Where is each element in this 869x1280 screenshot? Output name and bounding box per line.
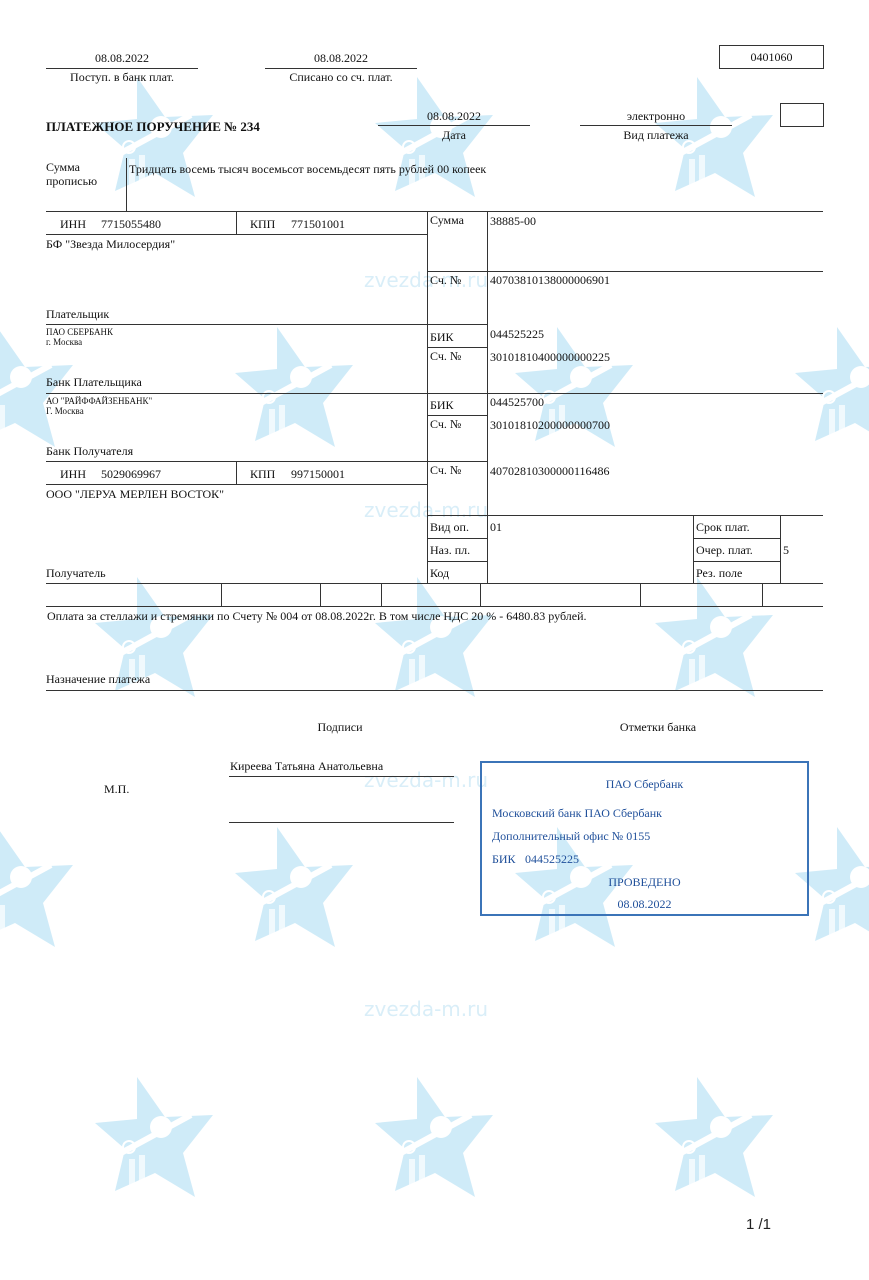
stamp-bank: ПАО Сбербанк: [482, 777, 807, 792]
term-label: Срок плат.: [696, 520, 750, 535]
payer-bank-bik: 044525225: [490, 327, 544, 342]
divider: [580, 125, 732, 126]
debited-date: 08.08.2022: [265, 51, 417, 66]
recipient-account: 40702810300000116486: [490, 464, 610, 479]
amount-words-label-line2: прописью: [46, 174, 97, 188]
signatures-label: Подписи: [280, 720, 400, 735]
payer-role-label: Плательщик: [46, 307, 109, 322]
sum-value: 38885-00: [490, 214, 536, 229]
payer-inn-label: ИНН: [60, 217, 86, 232]
payer-kpp: 771501001: [291, 217, 345, 232]
watermark-text: zvezda-m.ru: [364, 997, 488, 1021]
recipient-bank-name: АО "РАЙФФАЙЗЕНБАНК": [46, 396, 152, 406]
bank-marks-label: Отметки банка: [598, 720, 718, 735]
star-logo-icon: [655, 1075, 775, 1205]
signature-line-1: [229, 776, 454, 777]
divider: [265, 68, 417, 69]
stamp-date: 08.08.2022: [482, 897, 807, 912]
stamp-bik: 044525225: [525, 852, 579, 867]
divider: [236, 461, 237, 484]
tax-field-divider: [640, 583, 641, 606]
form-code-box: 0401060: [719, 45, 824, 69]
divider: [693, 515, 694, 583]
sum-label: Сумма: [430, 213, 464, 228]
payer-kpp-label: КПП: [250, 217, 275, 232]
bank-stamp: ПАО Сбербанк Московский банк ПАО Сбербан…: [480, 761, 809, 916]
payment-type-label: Вид платежа: [580, 128, 732, 143]
code-label: Код: [430, 566, 449, 581]
payer-name: БФ "Звезда Милосердия": [46, 237, 175, 252]
divider: [427, 271, 823, 272]
received-label: Поступ. в банк плат.: [46, 70, 198, 85]
reserve-label: Рез. поле: [696, 566, 742, 581]
op-type-value: 01: [490, 520, 502, 535]
divider: [427, 515, 823, 516]
payer-bank-account-label: Сч. №: [430, 349, 461, 364]
recipient-name: ООО "ЛЕРУА МЕРЛЕН ВОСТОК": [46, 487, 224, 502]
document-date-label: Дата: [378, 128, 530, 143]
payer-inn: 7715055480: [101, 217, 161, 232]
payer-bank-role-label: Банк Плательщика: [46, 375, 142, 390]
page-number: 1 /1: [746, 1216, 771, 1233]
document-date: 08.08.2022: [378, 109, 530, 124]
divider: [46, 461, 487, 462]
signer-name: Киреева Татьяна Анатольевна: [230, 759, 383, 774]
purpose-code-label: Наз. пл.: [430, 543, 470, 558]
tax-field-divider: [320, 583, 321, 606]
recipient-kpp-label: КПП: [250, 467, 275, 482]
star-logo-icon: [95, 1075, 215, 1205]
stamp-status: ПРОВЕДЕНО: [482, 875, 807, 890]
divider: [46, 393, 823, 394]
divider: [46, 484, 427, 485]
divider: [780, 515, 781, 583]
divider: [46, 234, 427, 235]
divider: [46, 324, 487, 325]
tax-field-divider: [221, 583, 222, 606]
recipient-bank-bik-label: БИК: [430, 398, 454, 413]
star-logo-icon: [235, 825, 355, 955]
divider: [378, 125, 530, 126]
recipient-inn: 5029069967: [101, 467, 161, 482]
amount-words-label-line1: Сумма: [46, 160, 97, 174]
stamp-bik-label: БИК: [492, 852, 516, 867]
payer-bank-bik-label: БИК: [430, 330, 454, 345]
priority-value: 5: [783, 543, 789, 558]
divider: [693, 538, 780, 539]
debited-label: Списано со сч. плат.: [265, 70, 417, 85]
star-logo-icon: [375, 575, 495, 705]
payer-bank-city: г. Москва: [46, 337, 82, 347]
recipient-account-label: Сч. №: [430, 463, 461, 478]
payment-purpose-text: Оплата за стеллажи и стремянки по Счету …: [47, 609, 586, 624]
amount-words-label: Сумма прописью: [46, 160, 97, 188]
document-title: ПЛАТЕЖНОЕ ПОРУЧЕНИЕ № 234: [46, 119, 260, 135]
received-date: 08.08.2022: [46, 51, 198, 66]
stamp-branch: Московский банк ПАО Сбербанк: [492, 806, 662, 821]
payer-account: 40703810138000006901: [490, 273, 610, 288]
recipient-bank-bik: 044525700: [490, 395, 544, 410]
divider: [427, 538, 487, 539]
divider: [46, 690, 823, 691]
divider: [46, 583, 823, 584]
divider: [46, 606, 823, 607]
star-logo-icon: [515, 325, 635, 455]
star-logo-icon: [655, 575, 775, 705]
divider: [236, 211, 237, 234]
tax-field-divider: [762, 583, 763, 606]
payment-type-value: электронно: [580, 109, 732, 124]
stamp-place-label: М.П.: [104, 782, 129, 797]
payer-account-label: Сч. №: [430, 273, 461, 288]
payer-bank-account: 30101810400000000225: [490, 350, 610, 365]
divider: [693, 561, 780, 562]
recipient-inn-label: ИНН: [60, 467, 86, 482]
star-logo-icon: [95, 75, 215, 205]
recipient-bank-role-label: Банк Получателя: [46, 444, 133, 459]
divider: [427, 347, 487, 348]
divider: [126, 158, 127, 212]
stamp-office: Дополнительный офис № 0155: [492, 829, 650, 844]
tax-field-divider: [480, 583, 481, 606]
tax-field-divider: [381, 583, 382, 606]
recipient-kpp: 997150001: [291, 467, 345, 482]
recipient-role-label: Получатель: [46, 566, 106, 581]
divider: [427, 561, 487, 562]
recipient-bank-account-label: Сч. №: [430, 417, 461, 432]
recipient-bank-account: 30101810200000000700: [490, 418, 610, 433]
payment-purpose-label: Назначение платежа: [46, 672, 150, 687]
priority-label: Очер. плат.: [696, 543, 753, 558]
payer-status-box: [780, 103, 824, 127]
star-logo-icon: [0, 825, 75, 955]
payer-bank-name: ПАО СБЕРБАНК: [46, 327, 113, 337]
divider: [427, 415, 487, 416]
star-logo-icon: [795, 325, 869, 455]
star-logo-icon: [375, 1075, 495, 1205]
amount-words-value: Тридцать восемь тысяч восемьсот восемьде…: [129, 162, 486, 177]
recipient-bank-city: Г. Москва: [46, 406, 84, 416]
star-logo-icon: [235, 325, 355, 455]
divider: [46, 68, 198, 69]
op-type-label: Вид оп.: [430, 520, 469, 535]
divider: [427, 211, 428, 583]
divider: [46, 211, 823, 212]
signature-line-2: [229, 822, 454, 823]
divider: [487, 211, 488, 583]
